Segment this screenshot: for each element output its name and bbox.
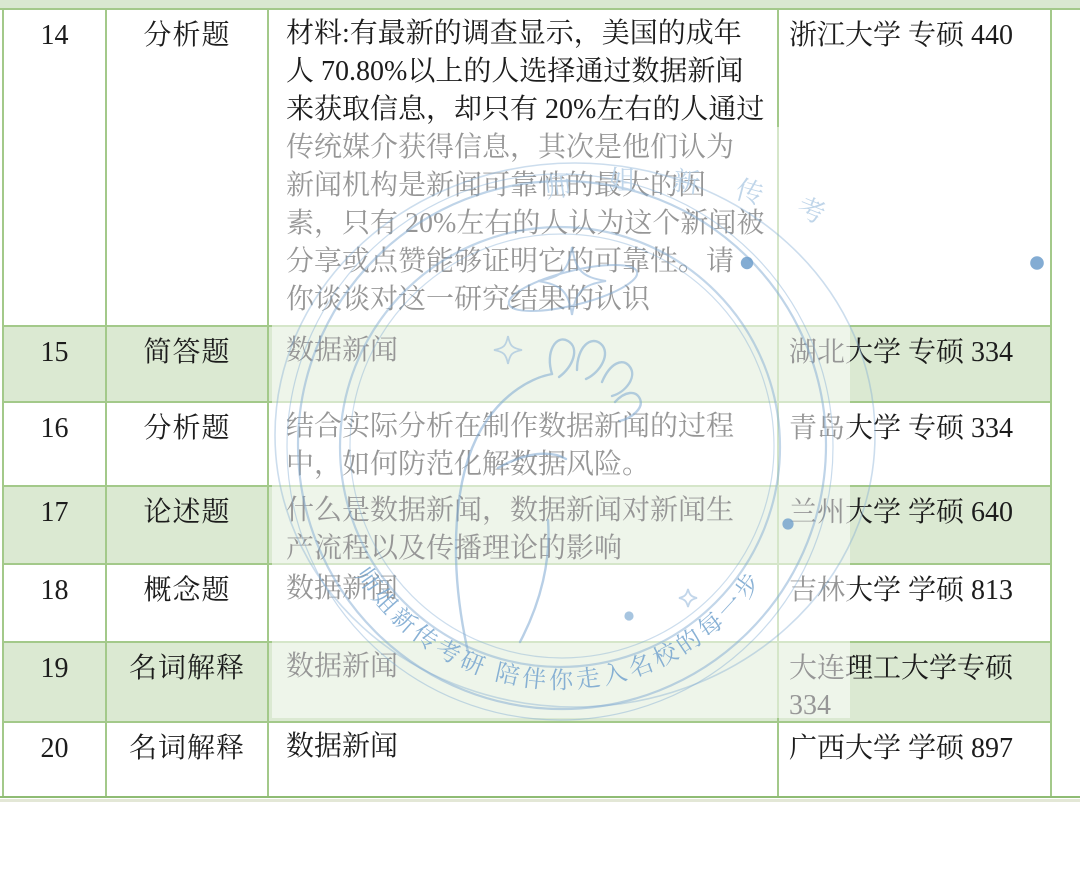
table-row: 16 分析题 结合实际分析在制作数据新闻的过程 中，如何防范化解数据风险。 青岛… — [4, 403, 1050, 487]
question-number: 17 — [4, 487, 107, 563]
table-row: 14 分析题 材料:有最新的调查显示，美国的成年 人 70.80%以上的人选择通… — [4, 10, 1050, 327]
table-bottom-border — [0, 796, 1080, 798]
table-row: 17 论述题 什么是数据新闻，数据新闻对新闻生 产流程以及传播理论的影响 兰州大… — [4, 487, 1050, 565]
school-info: 大连理工大学专硕 334 — [779, 643, 1048, 721]
question-type: 名词解释 — [107, 643, 269, 721]
question-type: 分析题 — [107, 10, 269, 325]
question-text: 数据新闻 — [269, 643, 779, 721]
question-number: 19 — [4, 643, 107, 721]
school-info: 兰州大学 学硕 640 — [779, 487, 1048, 563]
school-info: 浙江大学 专硕 440 — [779, 10, 1048, 325]
question-text: 数据新闻 — [269, 723, 779, 796]
question-text: 结合实际分析在制作数据新闻的过程 中，如何防范化解数据风险。 — [269, 403, 779, 485]
question-type: 简答题 — [107, 327, 269, 401]
question-table: 14 分析题 材料:有最新的调查显示，美国的成年 人 70.80%以上的人选择通… — [2, 10, 1052, 796]
school-info: 湖北大学 专硕 334 — [779, 327, 1048, 401]
document-page: 14 分析题 材料:有最新的调查显示，美国的成年 人 70.80%以上的人选择通… — [0, 0, 1080, 882]
question-text: 什么是数据新闻，数据新闻对新闻生 产流程以及传播理论的影响 — [269, 487, 779, 563]
question-number: 18 — [4, 565, 107, 641]
table-bottom-shadow — [0, 799, 1080, 802]
school-info: 青岛大学 专硕 334 — [779, 403, 1048, 485]
question-text: 数据新闻 — [269, 565, 779, 641]
question-type: 分析题 — [107, 403, 269, 485]
question-number: 14 — [4, 10, 107, 325]
school-info: 吉林大学 学硕 813 — [779, 565, 1048, 641]
table-row: 19 名词解释 数据新闻 大连理工大学专硕 334 — [4, 643, 1050, 723]
question-number: 20 — [4, 723, 107, 796]
cutoff-row-sliver — [0, 0, 1080, 10]
question-type: 论述题 — [107, 487, 269, 563]
question-number: 15 — [4, 327, 107, 401]
table-row: 15 简答题 数据新闻 湖北大学 专硕 334 — [4, 327, 1050, 403]
question-number: 16 — [4, 403, 107, 485]
table-row: 20 名词解释 数据新闻 广西大学 学硕 897 — [4, 723, 1050, 796]
table-row: 18 概念题 数据新闻 吉林大学 学硕 813 — [4, 565, 1050, 643]
question-type: 概念题 — [107, 565, 269, 641]
question-text: 数据新闻 — [269, 327, 779, 401]
question-text: 材料:有最新的调查显示，美国的成年 人 70.80%以上的人选择通过数据新闻 来… — [269, 10, 779, 325]
question-type: 名词解释 — [107, 723, 269, 796]
school-info: 广西大学 学硕 897 — [779, 723, 1048, 796]
